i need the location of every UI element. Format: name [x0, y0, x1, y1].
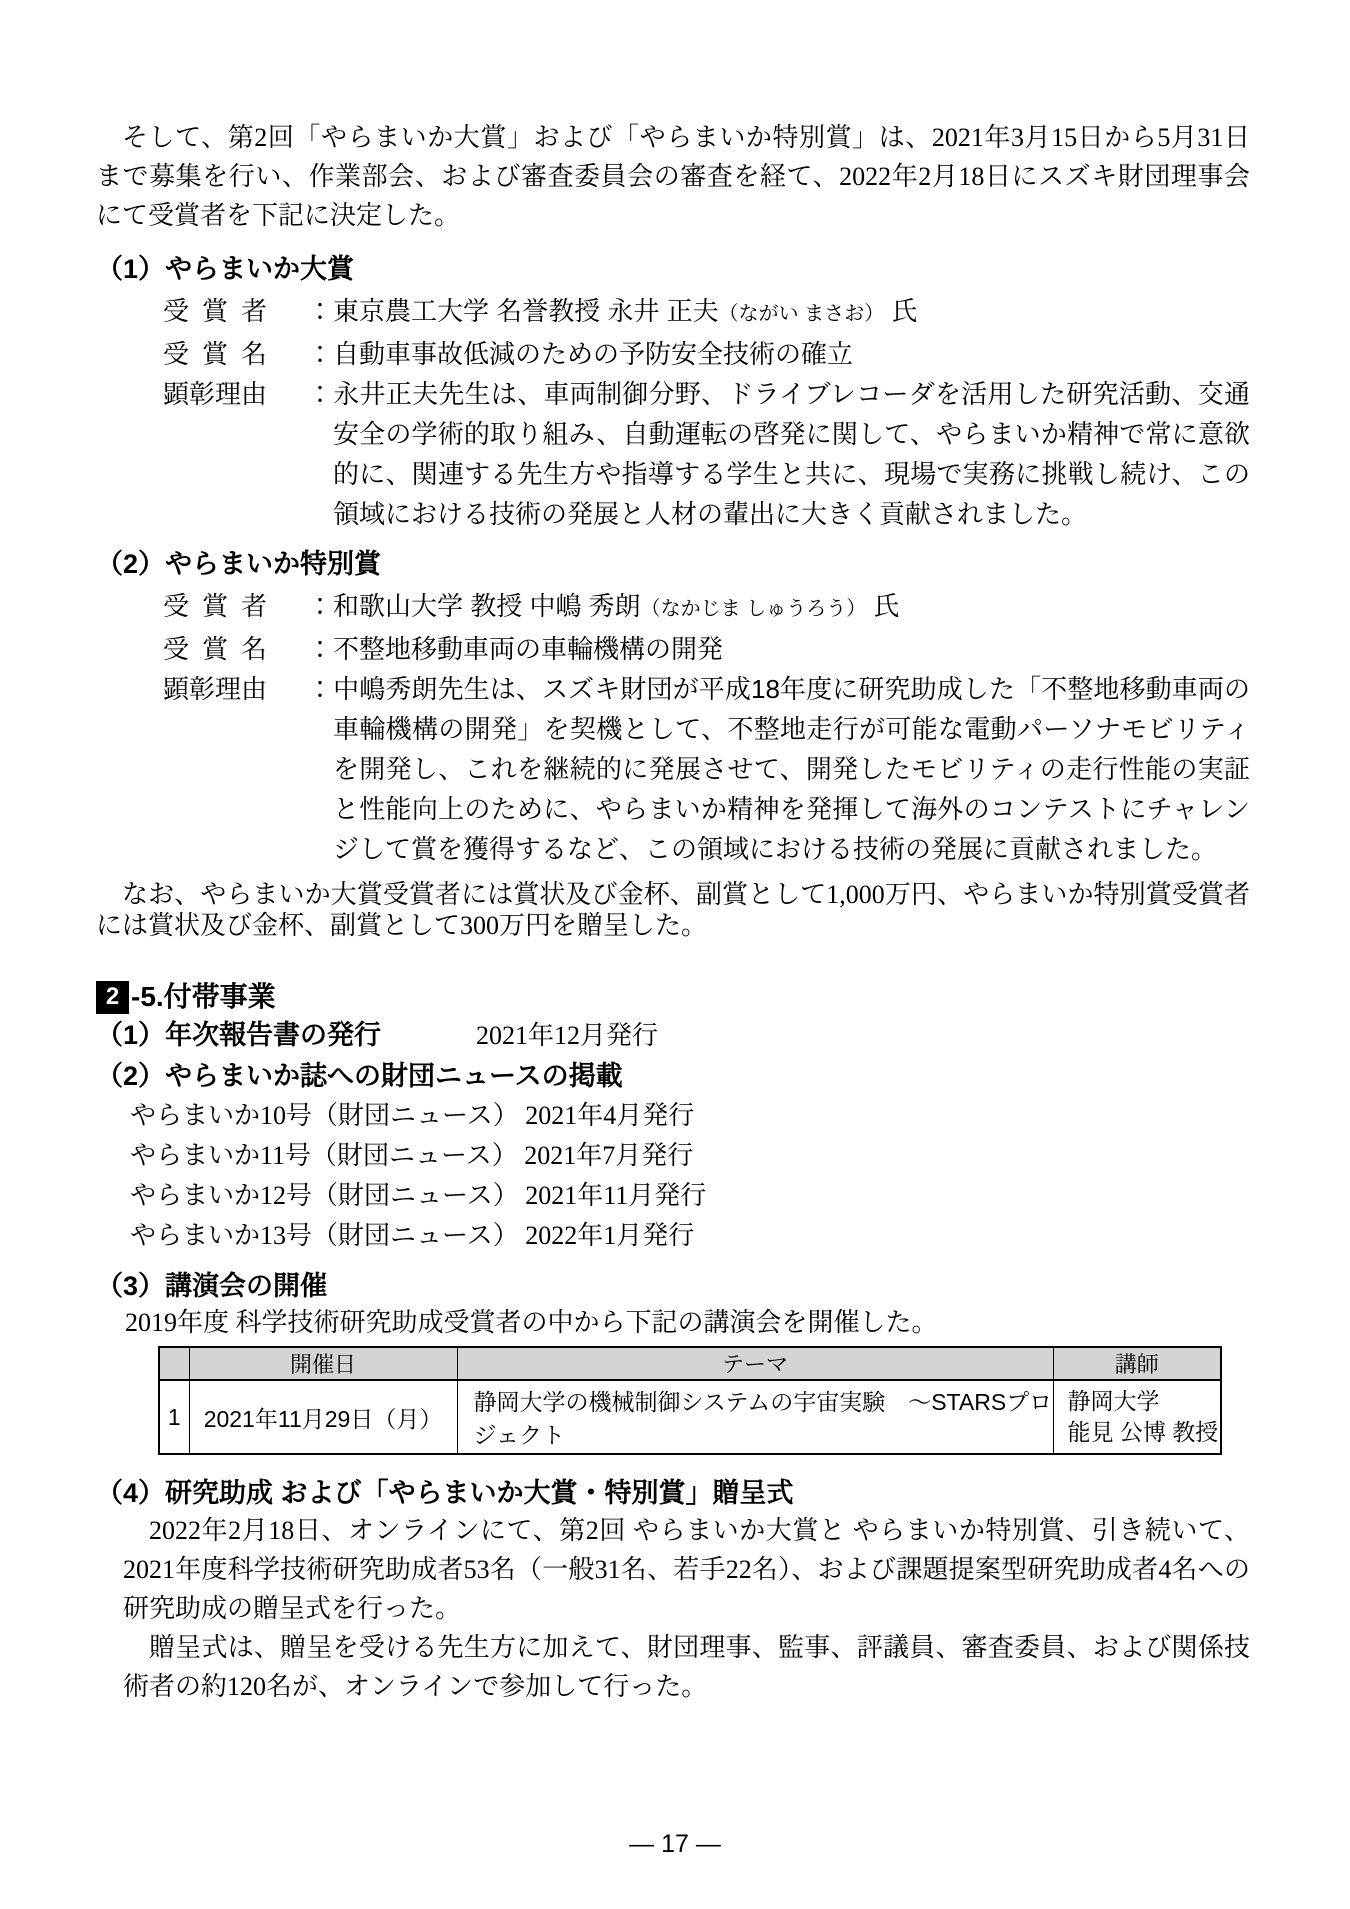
page-content: そして、第2回「やらまいか大賞」および「やらまいか特別賞」は、2021年3月15… [96, 118, 1250, 1706]
recipient-name: ：東京農工大学 名誉教授 永井 正夫 [307, 296, 719, 326]
annual-report-date: 2021年12月発行 [476, 1016, 658, 1056]
lecturer-affiliation: 静岡大学 [1068, 1386, 1221, 1417]
lecture-heading: （3）講演会の開催 [96, 1268, 1250, 1304]
lecture-no: 1 [159, 1380, 189, 1454]
ceremony-paragraph-2: 贈呈式は、贈呈を受ける先生方に加えて、財団理事、監事、評議員、審査委員、および関… [123, 1628, 1250, 1706]
page-number: — 17 — [0, 1830, 1350, 1859]
recipient-kana: （なかじま しゅうろう） [641, 598, 867, 620]
appendix-section-heading: 2-5.付帯事業 [96, 979, 1250, 1015]
lecture-theme: 静岡大学の機械制御システムの宇宙実験 ～STARSプロジェクト [457, 1380, 1053, 1454]
special-award-details: 受賞者 ：和歌山大学 教授 中嶋 秀朗（なかじま しゅうろう） 氏 受賞名 ：不… [163, 586, 1250, 869]
reason-label: 顕彰理由 [163, 669, 267, 869]
special-award-title-row: 受賞名 ：不整地移動車両の車輪機構の開発 [163, 629, 1250, 669]
table-row: 1 2021年11月29日（月） 静岡大学の機械制御システムの宇宙実験 ～STA… [159, 1380, 1221, 1454]
recipient-label: 受賞者 [163, 586, 267, 629]
lecture-lecturer: 静岡大学 能見 公博 教授 [1053, 1380, 1221, 1454]
magazine-issue: やらまいか11号（財団ニュース） 2021年7月発行 [130, 1136, 1250, 1176]
magazine-issue-list: やらまいか10号（財団ニュース） 2021年4月発行 やらまいか11号（財団ニュ… [130, 1096, 1250, 1256]
award-title-value: ：不整地移動車両の車輪機構の開発 [307, 629, 1250, 669]
magazine-issue: やらまいか13号（財団ニュース） 2022年1月発行 [130, 1216, 1250, 1256]
magazine-issue: やらまいか10号（財団ニュース） 2021年4月発行 [130, 1096, 1250, 1136]
lecture-table-header-row: 開催日 テーマ 講師 [159, 1347, 1221, 1380]
recipient-suffix: 氏 [884, 296, 917, 326]
grand-award-heading: （1）やらまいか大賞 [96, 251, 1250, 287]
prize-note-paragraph: なお、やらまいか大賞受賞者には賞状及び金杯、副賞として1,000万円、やらまいか… [96, 879, 1250, 941]
award-title-label: 受賞名 [163, 629, 267, 669]
magazine-heading: （2）やらまいか誌への財団ニュースの掲載 [96, 1056, 1250, 1096]
grand-award-reason-row: 顕彰理由 ：永井正夫先生は、車両制御分野、ドライブレコーダを活用した研究活動、交… [163, 374, 1250, 534]
lecture-date: 2021年11月29日（月） [189, 1380, 457, 1454]
special-award-heading: （2）やらまいか特別賞 [96, 546, 1250, 582]
grand-award-title-row: 受賞名 ：自動車事故低減のための予防安全技術の確立 [163, 334, 1250, 374]
recipient-kana: （ながい まさお） [719, 303, 885, 325]
header-date: 開催日 [189, 1347, 457, 1380]
lecture-intro: 2019年度 科学技術研究助成受賞者の中から下記の講演会を開催した。 [125, 1304, 1250, 1342]
grand-award-recipient-row: 受賞者 ：東京農工大学 名誉教授 永井 正夫（ながい まさお） 氏 [163, 291, 1250, 334]
special-award-reason-row: 顕彰理由 ：中嶋秀朗先生は、スズキ財団が平成18年度に研究助成した「不整地移動車… [163, 669, 1250, 869]
lecture-table: 開催日 テーマ 講師 1 2021年11月29日（月） 静岡大学の機械制御システ… [158, 1346, 1222, 1455]
annual-report-line: （1）年次報告書の発行 2021年12月発行 [96, 1015, 1250, 1056]
header-theme: テーマ [457, 1347, 1053, 1380]
ceremony-heading: （4）研究助成 および「やらまいか大賞・特別賞」贈呈式 [96, 1475, 1250, 1511]
annual-report-heading: （1）年次報告書の発行 [96, 1015, 381, 1055]
recipient-suffix: 氏 [866, 591, 899, 621]
document-page: そして、第2回「やらまいか大賞」および「やらまいか特別賞」は、2021年3月15… [0, 0, 1350, 1909]
ceremony-paragraph-1: 2022年2月18日、オンラインにて、第2回 やらまいか大賞と やらまいか特別賞… [123, 1511, 1250, 1628]
magazine-issue: やらまいか12号（財団ニュース） 2021年11月発行 [130, 1176, 1250, 1216]
reason-value: ：永井正夫先生は、車両制御分野、ドライブレコーダを活用した研究活動、交通安全の学… [307, 374, 1250, 534]
recipient-name: ：和歌山大学 教授 中嶋 秀朗 [307, 591, 641, 621]
section-heading-text: -5.付帯事業 [131, 979, 276, 1015]
intro-paragraph: そして、第2回「やらまいか大賞」および「やらまいか特別賞」は、2021年3月15… [96, 118, 1250, 235]
lecturer-name: 能見 公博 教授 [1068, 1417, 1221, 1448]
section-number-box: 2 [96, 981, 129, 1014]
header-lecturer: 講師 [1053, 1347, 1221, 1380]
grand-award-details: 受賞者 ：東京農工大学 名誉教授 永井 正夫（ながい まさお） 氏 受賞名 ：自… [163, 291, 1250, 534]
special-award-recipient-row: 受賞者 ：和歌山大学 教授 中嶋 秀朗（なかじま しゅうろう） 氏 [163, 586, 1250, 629]
reason-label: 顕彰理由 [163, 374, 267, 534]
recipient-value: ：東京農工大学 名誉教授 永井 正夫（ながい まさお） 氏 [307, 291, 1250, 334]
reason-value: ：中嶋秀朗先生は、スズキ財団が平成18年度に研究助成した「不整地移動車両の車輪機… [307, 669, 1250, 869]
header-no [159, 1347, 189, 1380]
recipient-label: 受賞者 [163, 291, 267, 334]
award-title-label: 受賞名 [163, 334, 267, 374]
award-title-value: ：自動車事故低減のための予防安全技術の確立 [307, 334, 1250, 374]
recipient-value: ：和歌山大学 教授 中嶋 秀朗（なかじま しゅうろう） 氏 [307, 586, 1250, 629]
